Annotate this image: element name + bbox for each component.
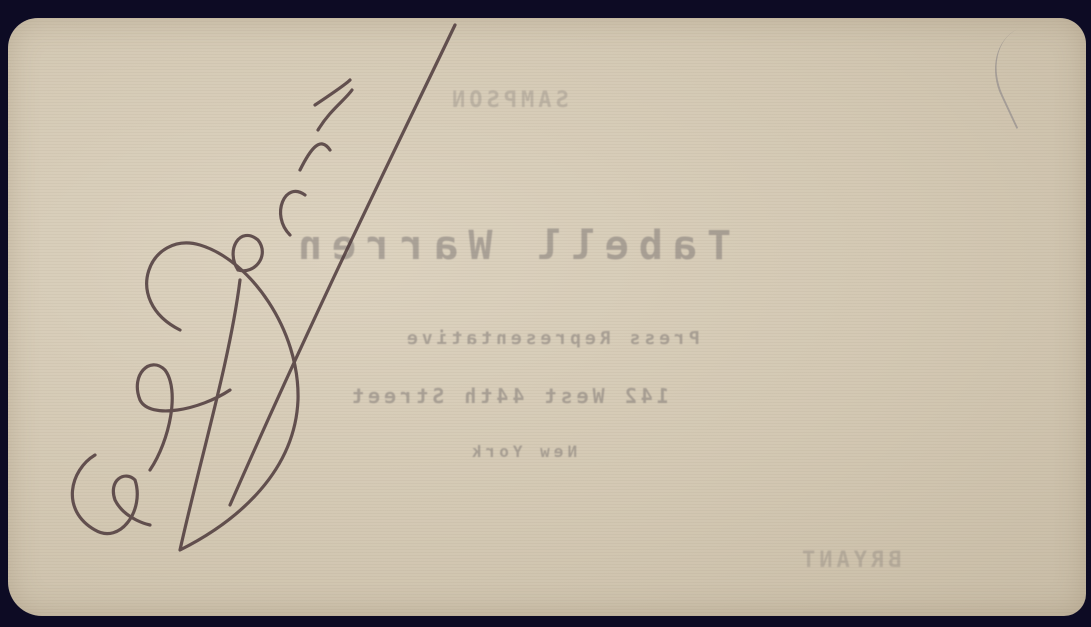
signature	[0, 0, 1091, 627]
